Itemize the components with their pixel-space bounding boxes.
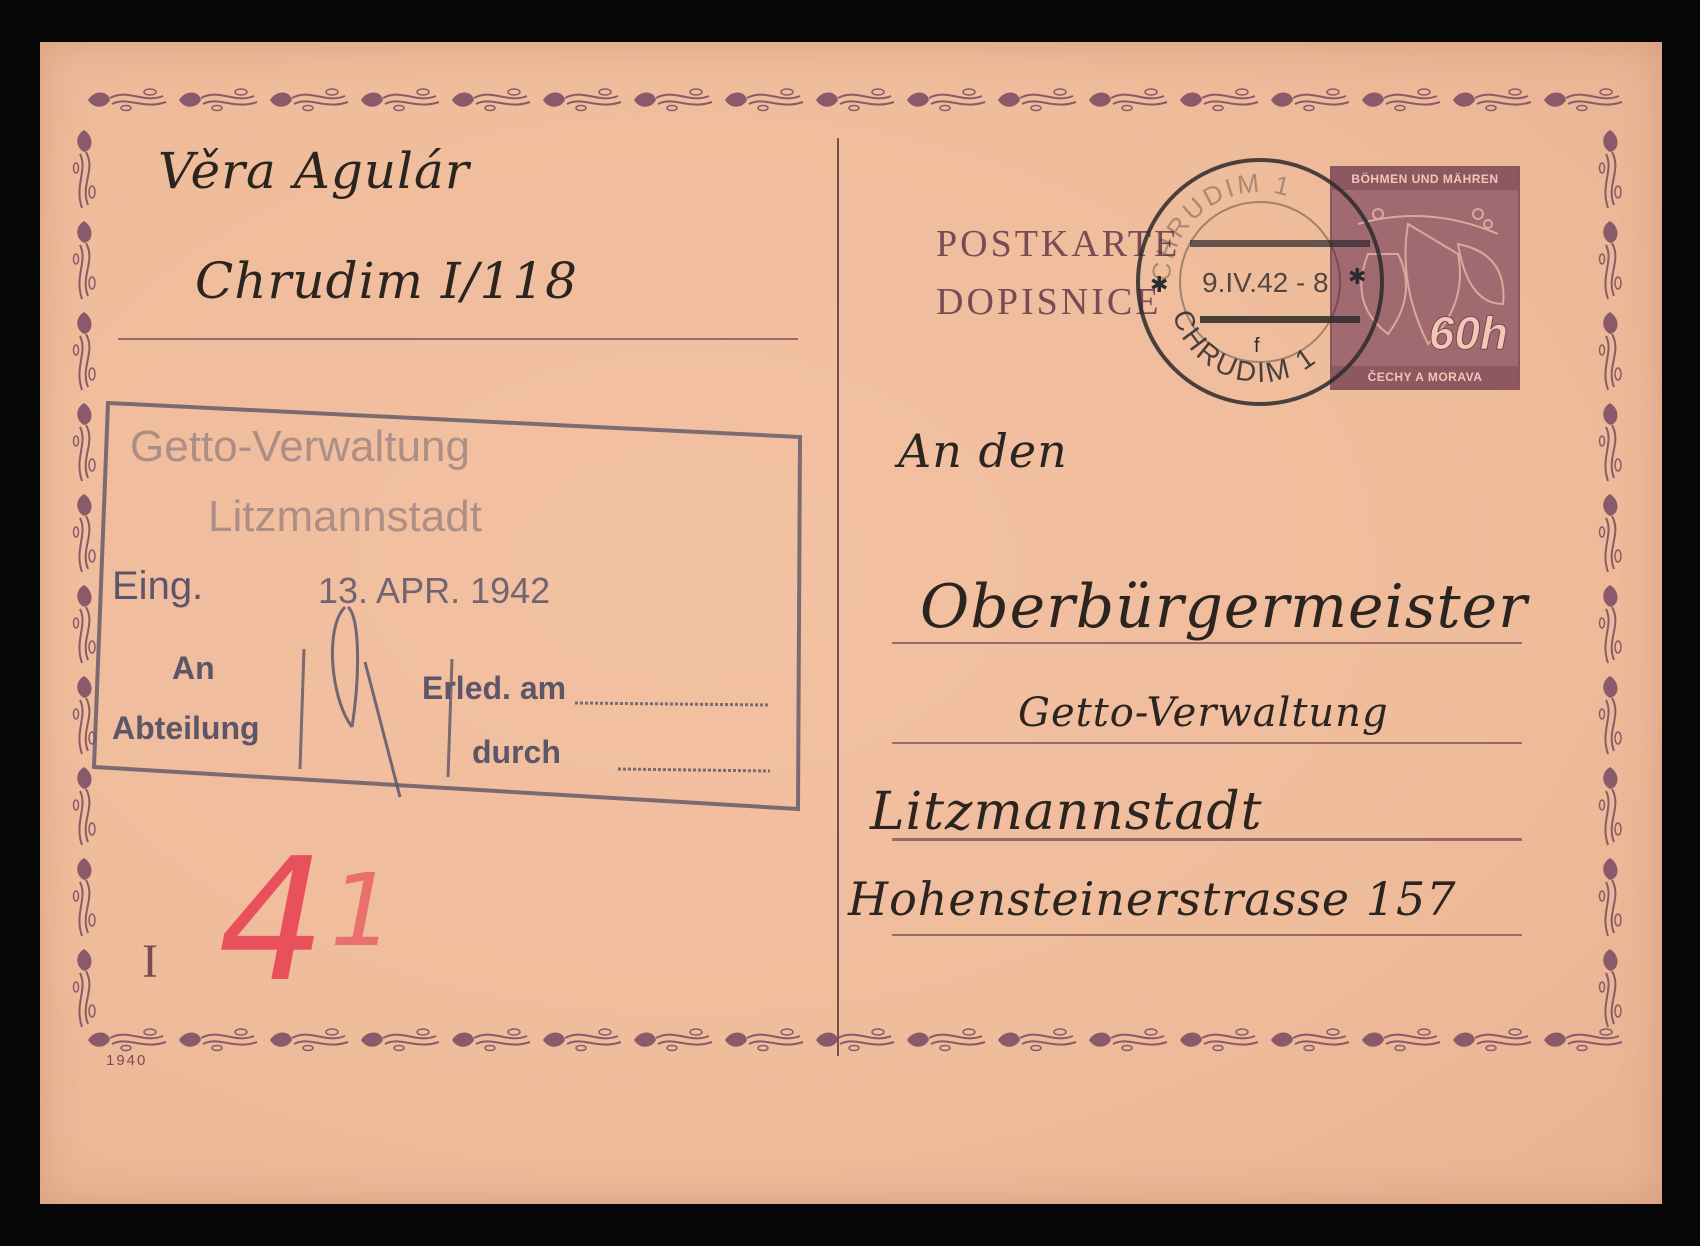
department-label-1: An [172,650,215,687]
recipient-line-5: Hohensteinerstrasse 157 [848,872,1457,926]
svg-text:f: f [1254,335,1260,357]
section-mark: I [142,934,158,989]
address-rule-4 [892,934,1522,936]
recipient-line-2: Oberbürgermeister [920,572,1528,642]
sender-name: Věra Agulár [158,142,470,200]
recipient-line-3: Getto-Verwaltung [1018,690,1389,736]
postmark-cancellation: CHRUDIM 1 CHRUDIM 1 9.IV.42 - 8 f ✱ ✱ [1130,152,1390,412]
svg-text:✱: ✱ [1150,272,1168,297]
address-rule-1 [892,642,1522,644]
svg-text:✱: ✱ [1348,264,1366,289]
svg-text:9.IV.42 - 8: 9.IV.42 - 8 [1202,267,1329,298]
print-year: 1940 [106,1052,147,1069]
red-pencil-mark-2: 1 [330,852,394,969]
address-rule-3 [892,838,1522,841]
postcard: Věra Agulár Chrudim I/118 Getto-Verwaltu… [40,42,1662,1204]
address-divider [837,138,839,1056]
svg-text:CHRUDIM 1: CHRUDIM 1 [1146,167,1296,282]
stamp-value: 60h [1429,306,1508,360]
address-rule-2 [892,742,1522,744]
done-label: Erled. am [422,670,566,707]
card-title-czech: DOPISNICE [936,280,1161,324]
recipient-line-1: An den [898,424,1068,478]
red-pencil-mark-1: 4 [218,822,326,1020]
sender-rule [118,338,798,340]
sender-address: Chrudim I/118 [195,252,578,310]
received-label: Eing. [112,564,203,609]
received-date: 13. APR. 1942 [318,570,550,612]
department-label-2: Abteilung [112,710,260,747]
receipt-stamp-line2: Litzmannstadt [208,492,482,542]
receipt-stamp-line1: Getto-Verwaltung [130,422,470,472]
by-label: durch [472,734,561,771]
recipient-line-4: Litzmannstadt [870,782,1263,842]
